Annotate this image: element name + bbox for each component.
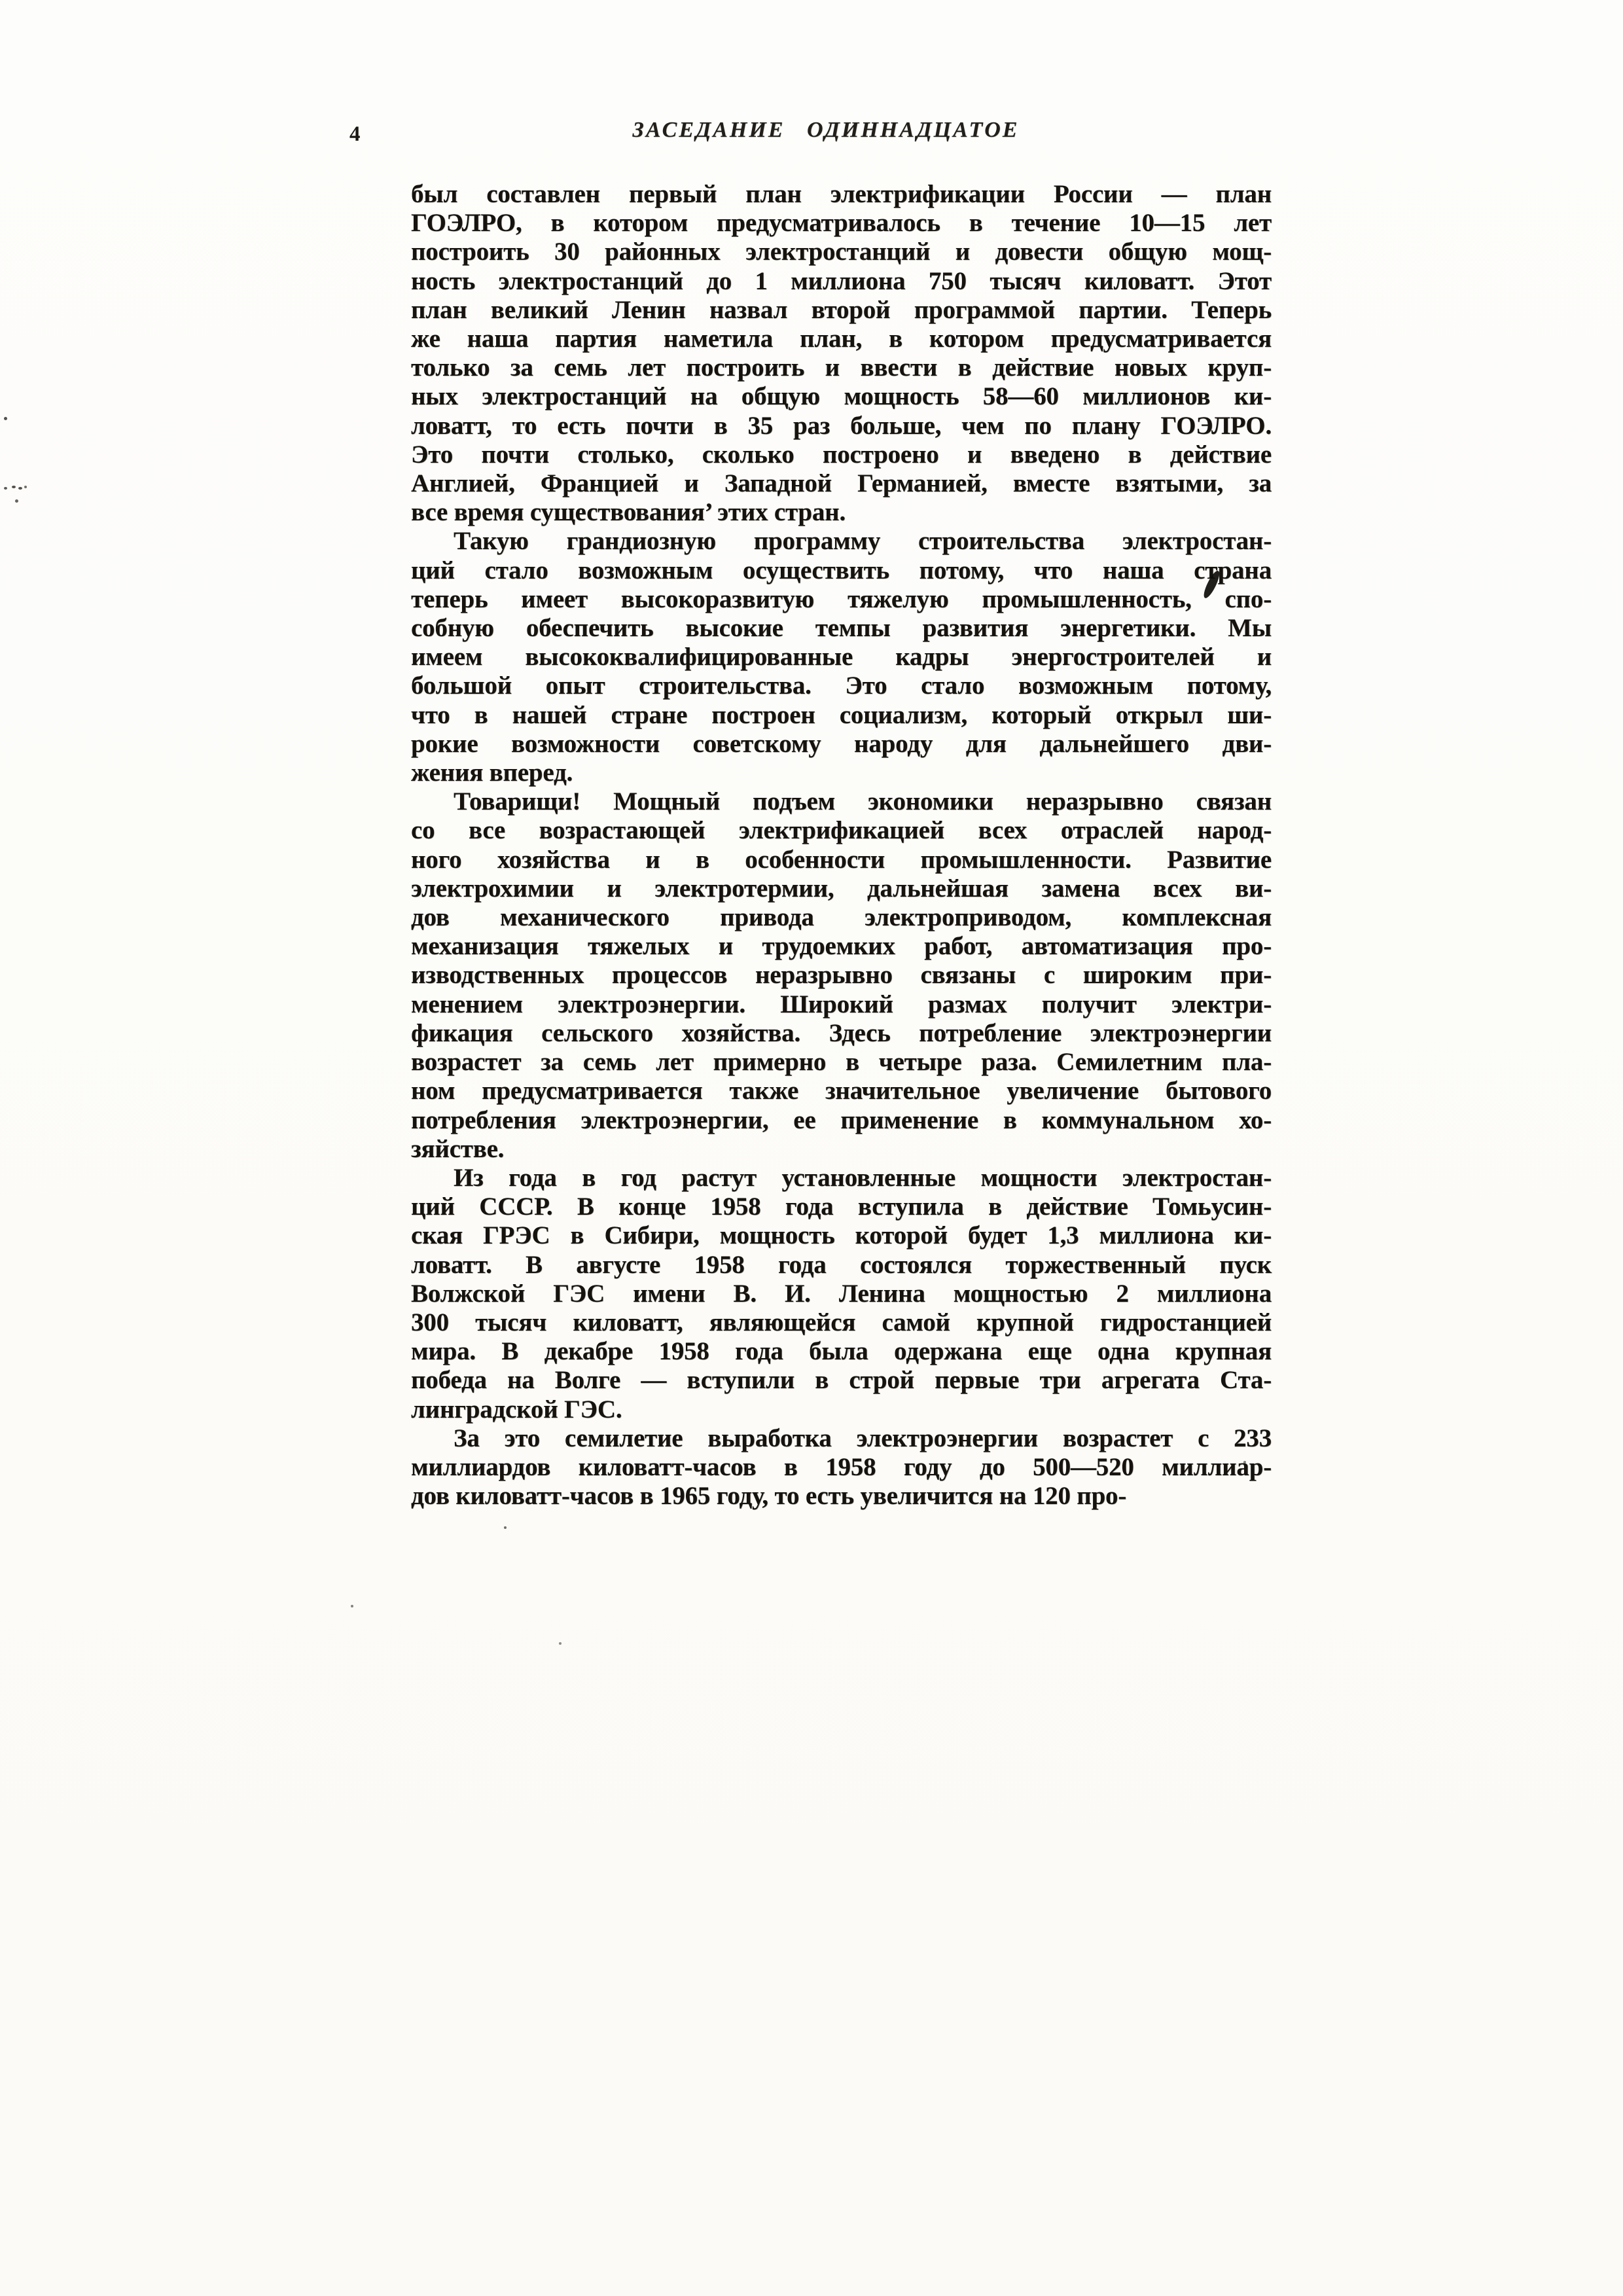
- text-line: победа на Волге — вступили в строй первы…: [411, 1366, 1272, 1395]
- text-line: рокие возможности советскому народу для …: [411, 730, 1272, 759]
- text-line: большой опыт строительства. Это стало во…: [411, 672, 1272, 700]
- ink-speck: [12, 486, 16, 488]
- text-line: механизация тяжелых и трудоемких работ, …: [411, 932, 1272, 961]
- text-line: Из года в год растут установленные мощно…: [411, 1164, 1272, 1193]
- text-line: теперь имеет высокоразвитую тяжелую пром…: [411, 585, 1272, 614]
- paragraph: Товарищи! Мощный подъем экономики неразр…: [411, 787, 1272, 1164]
- text-line: Волжской ГЭС имени В. И. Ленина мощность…: [411, 1280, 1272, 1308]
- ink-speck: [559, 1642, 562, 1645]
- ink-speck: [1243, 1461, 1246, 1463]
- ink-speck: [18, 487, 22, 490]
- text-line: мира. В декабре 1958 года была одержана …: [411, 1337, 1272, 1366]
- text-line: жения вперед.: [411, 759, 1272, 787]
- text-line: был составлен первый план электрификации…: [411, 180, 1272, 209]
- paragraph: Из года в год растут установленные мощно…: [411, 1164, 1272, 1424]
- text-line: собную обеспечить высокие темпы развития…: [411, 614, 1272, 643]
- text-line: имеем высококвалифицированные кадры энер…: [411, 643, 1272, 672]
- text-line: план великий Ленин назвал второй програм…: [411, 296, 1272, 325]
- text-line: 300 тысяч киловатт, являющейся самой кру…: [411, 1308, 1272, 1337]
- text-line: со все возрастающей электрификацией всех…: [411, 816, 1272, 845]
- text-line: ность электростанций до 1 миллиона 750 т…: [411, 267, 1272, 296]
- text-line: миллиардов киловатт-часов в 1958 году до…: [411, 1453, 1272, 1482]
- text-line: фикация сельского хозяйства. Здесь потре…: [411, 1019, 1272, 1048]
- page-number: 4: [349, 124, 361, 145]
- text-line: потребления электроэнергии, ее применени…: [411, 1106, 1272, 1135]
- paragraph: был составлен первый план электрификации…: [411, 180, 1272, 527]
- page-body: был составлен первый план электрификации…: [411, 180, 1272, 1511]
- text-line: ская ГРЭС в Сибири, мощность которой буд…: [411, 1221, 1272, 1250]
- text-line: построить 30 районных электростанций и д…: [411, 238, 1272, 266]
- text-line: дов киловатт-часов в 1965 году, то есть …: [411, 1482, 1272, 1511]
- text-line: ном предусматривается также значительное…: [411, 1077, 1272, 1105]
- text-line: линградской ГЭС.: [411, 1395, 1272, 1424]
- text-line: ций СССР. В конце 1958 года вступила в д…: [411, 1193, 1272, 1221]
- paragraph: Такую грандиозную программу строительств…: [411, 527, 1272, 787]
- paragraph: За это семилетие выработка электроэнерги…: [411, 1424, 1272, 1511]
- text-line: Англией, Францией и Западной Германией, …: [411, 469, 1272, 498]
- text-line: ловатт. В августе 1958 года состоялся то…: [411, 1251, 1272, 1280]
- ink-speck: [15, 499, 18, 503]
- text-line: ГОЭЛРО, в котором предусматривалось в те…: [411, 209, 1272, 238]
- text-line: менением электроэнергии. Широкий размах …: [411, 990, 1272, 1019]
- text-line: За это семилетие выработка электроэнерги…: [411, 1424, 1272, 1453]
- text-line: Это почти столько, сколько построено и в…: [411, 440, 1272, 469]
- text-line: что в нашей стране построен социализм, к…: [411, 701, 1272, 730]
- text-line: ного хозяйства и в особенности промышлен…: [411, 846, 1272, 874]
- running-head: ЗАСЕДАНИЕ ОДИННАДЦАТОЕ: [411, 119, 1241, 141]
- ink-speck: [351, 1605, 353, 1607]
- text-line: ций стало возможным осуществить потому, …: [411, 556, 1272, 585]
- text-line: зяйстве.: [411, 1135, 1272, 1164]
- text-line: изводственных процессов неразрывно связа…: [411, 961, 1272, 990]
- ink-speck: [4, 417, 7, 420]
- text-line: же наша партия наметила план, в котором …: [411, 325, 1272, 353]
- text-line: ных электростанций на общую мощность 58—…: [411, 382, 1272, 411]
- ink-speck: [504, 1526, 507, 1529]
- text-line: Товарищи! Мощный подъем экономики неразр…: [411, 787, 1272, 816]
- text-line: Такую грандиозную программу строительств…: [411, 527, 1272, 556]
- text-line: дов механического привода электроприводо…: [411, 903, 1272, 932]
- scanned-page: 4 ЗАСЕДАНИЕ ОДИННАДЦАТОЕ был составлен п…: [0, 0, 1623, 2296]
- text-line: ловатт, то есть почти в 35 раз больше, ч…: [411, 412, 1272, 440]
- ink-speck: [24, 486, 27, 488]
- text-line: все время существования’ этих стран.: [411, 498, 1272, 527]
- ink-speck: [4, 487, 7, 490]
- text-line: электрохимии и электротермии, дальнейшая…: [411, 874, 1272, 903]
- text-line: только за семь лет построить и ввести в …: [411, 353, 1272, 382]
- text-line: возрастет за семь лет примерно в четыре …: [411, 1048, 1272, 1077]
